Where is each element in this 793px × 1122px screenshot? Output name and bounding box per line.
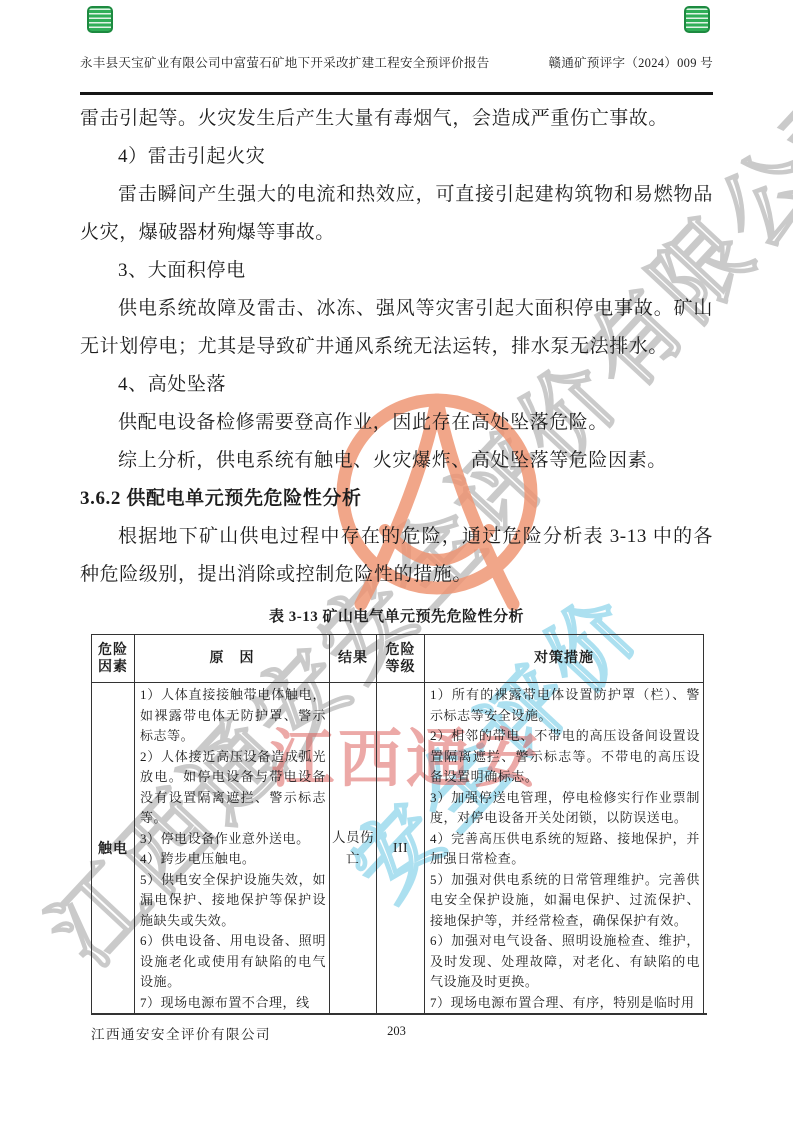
measure-item: 6）加强对电气设备、照明设施检查、维护，及时发现、处理故障，对老化、有缺陷的电气… — [430, 931, 700, 993]
paragraph: 雷击引起等。火灾发生后产生大量有毒烟气，会造成严重伤亡事故。 — [80, 100, 713, 138]
measure-item: 1）所有的裸露带电体设置防护罩（栏）、警示标志等安全设施。 — [430, 685, 700, 726]
measure-item: 4）完善高压供电系统的短路、接地保护，并加强日常检查。 — [430, 829, 700, 870]
risk-level-cell: III — [377, 683, 425, 1014]
column-header: 对策措施 — [425, 635, 704, 683]
result-cell: 人员伤亡 — [330, 683, 377, 1014]
prehazard-analysis-table: 危险 因素原 因结果危险 等级对策措施 触电1）人体直接接触带电体触电，如裸露带… — [91, 634, 704, 1014]
header-doc-number: 赣通矿预评字（2024）009 号 — [549, 53, 713, 71]
table-row: 触电1）人体直接接触带电体触电，如裸露带电体无防护罩、警示标志等。2）人体接近高… — [92, 683, 704, 1014]
paragraph: 供配电设备检修需要登高作业，因此存在高处坠落危险。 — [80, 404, 713, 442]
paragraph: 4、高处坠落 — [80, 366, 713, 404]
page-header: 永丰县天宝矿业有限公司中富萤石矿地下开采改扩建工程安全预评价报告 赣通矿预评字（… — [80, 53, 713, 71]
paragraph: 根据地下矿山供电过程中存在的危险，通过危险分析表 3-13 中的各种危险级别，提… — [80, 518, 713, 594]
cause-item: 1）人体直接接触带电体触电，如裸露带电体无防护罩、警示标志等。 — [140, 685, 326, 747]
cause-item: 6）供电设备、用电设备、照明设施老化或使用有缺陷的电气设施。 — [140, 931, 326, 993]
cause-item: 7）现场电源布置不合理，线 — [140, 993, 326, 1014]
footer-page-number: 203 — [0, 1024, 793, 1039]
paragraph: 雷击瞬间产生强大的电流和热效应，可直接引起建构筑物和易燃物品火灾，爆破器材殉爆等… — [80, 176, 713, 252]
document-page: 江西通安安全评价有限公司 安全评价 江西通安 永丰县天宝矿业有限公司中富萤石矿地… — [0, 0, 793, 1122]
measure-item: 2）相邻的带电、不带电的高压设备间设置设置隔离遮拦、警示标志等。不带电的高压设备… — [430, 726, 700, 788]
header-report-title: 永丰县天宝矿业有限公司中富萤石矿地下开采改扩建工程安全预评价报告 — [80, 53, 490, 71]
cause-item: 3）停电设备作业意外送电。 — [140, 829, 326, 850]
measure-item: 7）现场电源布置合理、有序，特别是临时用 — [430, 993, 700, 1014]
header-rule — [80, 92, 713, 95]
content-blocks: 雷击引起等。火灾发生后产生大量有毒烟气，会造成严重伤亡事故。4）雷击引起火灾雷击… — [80, 100, 713, 594]
column-header: 危险 等级 — [377, 635, 425, 683]
column-header: 危险 因素 — [92, 635, 135, 683]
hazard-factor-cell: 触电 — [92, 683, 135, 1014]
table-header-row: 危险 因素原 因结果危险 等级对策措施 — [92, 635, 704, 683]
prehazard-table-wrapper: 危险 因素原 因结果危险 等级对策措施 触电1）人体直接接触带电体触电，如裸露带… — [91, 634, 707, 1015]
column-header: 原 因 — [135, 635, 330, 683]
cause-item: 5）供电安全保护设施失效，如漏电保护、接地保护等保护设施缺失或失效。 — [140, 870, 326, 932]
paragraph: 综上分析，供电系统有触电、火灾爆炸、高处坠落等危险因素。 — [80, 442, 713, 480]
section-heading: 3.6.2 供配电单元预先危险性分析 — [80, 480, 713, 518]
paragraph: 4）雷击引起火灾 — [80, 138, 713, 176]
table-body: 触电1）人体直接接触带电体触电，如裸露带电体无防护罩、警示标志等。2）人体接近高… — [92, 683, 704, 1014]
measure-item: 5）加强对供电系统的日常管理维护。完善供电安全保护设施，如漏电保护、过流保护、接… — [430, 870, 700, 932]
cause-item: 2）人体接近高压设备造成弧光放电。如停电设备与带电设备没有设置隔离遮拦、警示标志… — [140, 747, 326, 829]
green-seal-stamp-icon — [87, 6, 113, 33]
causes-cell: 1）人体直接接触带电体触电，如裸露带电体无防护罩、警示标志等。2）人体接近高压设… — [135, 683, 330, 1014]
measure-item: 3）加强停送电管理，停电检修实行作业票制度，对停电设备开关处闭锁，以防误送电。 — [430, 788, 700, 829]
green-seal-stamp-icon — [684, 6, 710, 33]
column-header: 结果 — [330, 635, 377, 683]
measures-cell: 1）所有的裸露带电体设置防护罩（栏）、警示标志等安全设施。2）相邻的带电、不带电… — [425, 683, 704, 1014]
cause-item: 4）跨步电压触电。 — [140, 849, 326, 870]
paragraph: 3、大面积停电 — [80, 252, 713, 290]
paragraph: 供电系统故障及雷击、冰冻、强风等灾害引起大面积停电事故。矿山无计划停电；尤其是导… — [80, 290, 713, 366]
table-caption: 表 3-13 矿山电气单元预先危险性分析 — [80, 605, 713, 626]
